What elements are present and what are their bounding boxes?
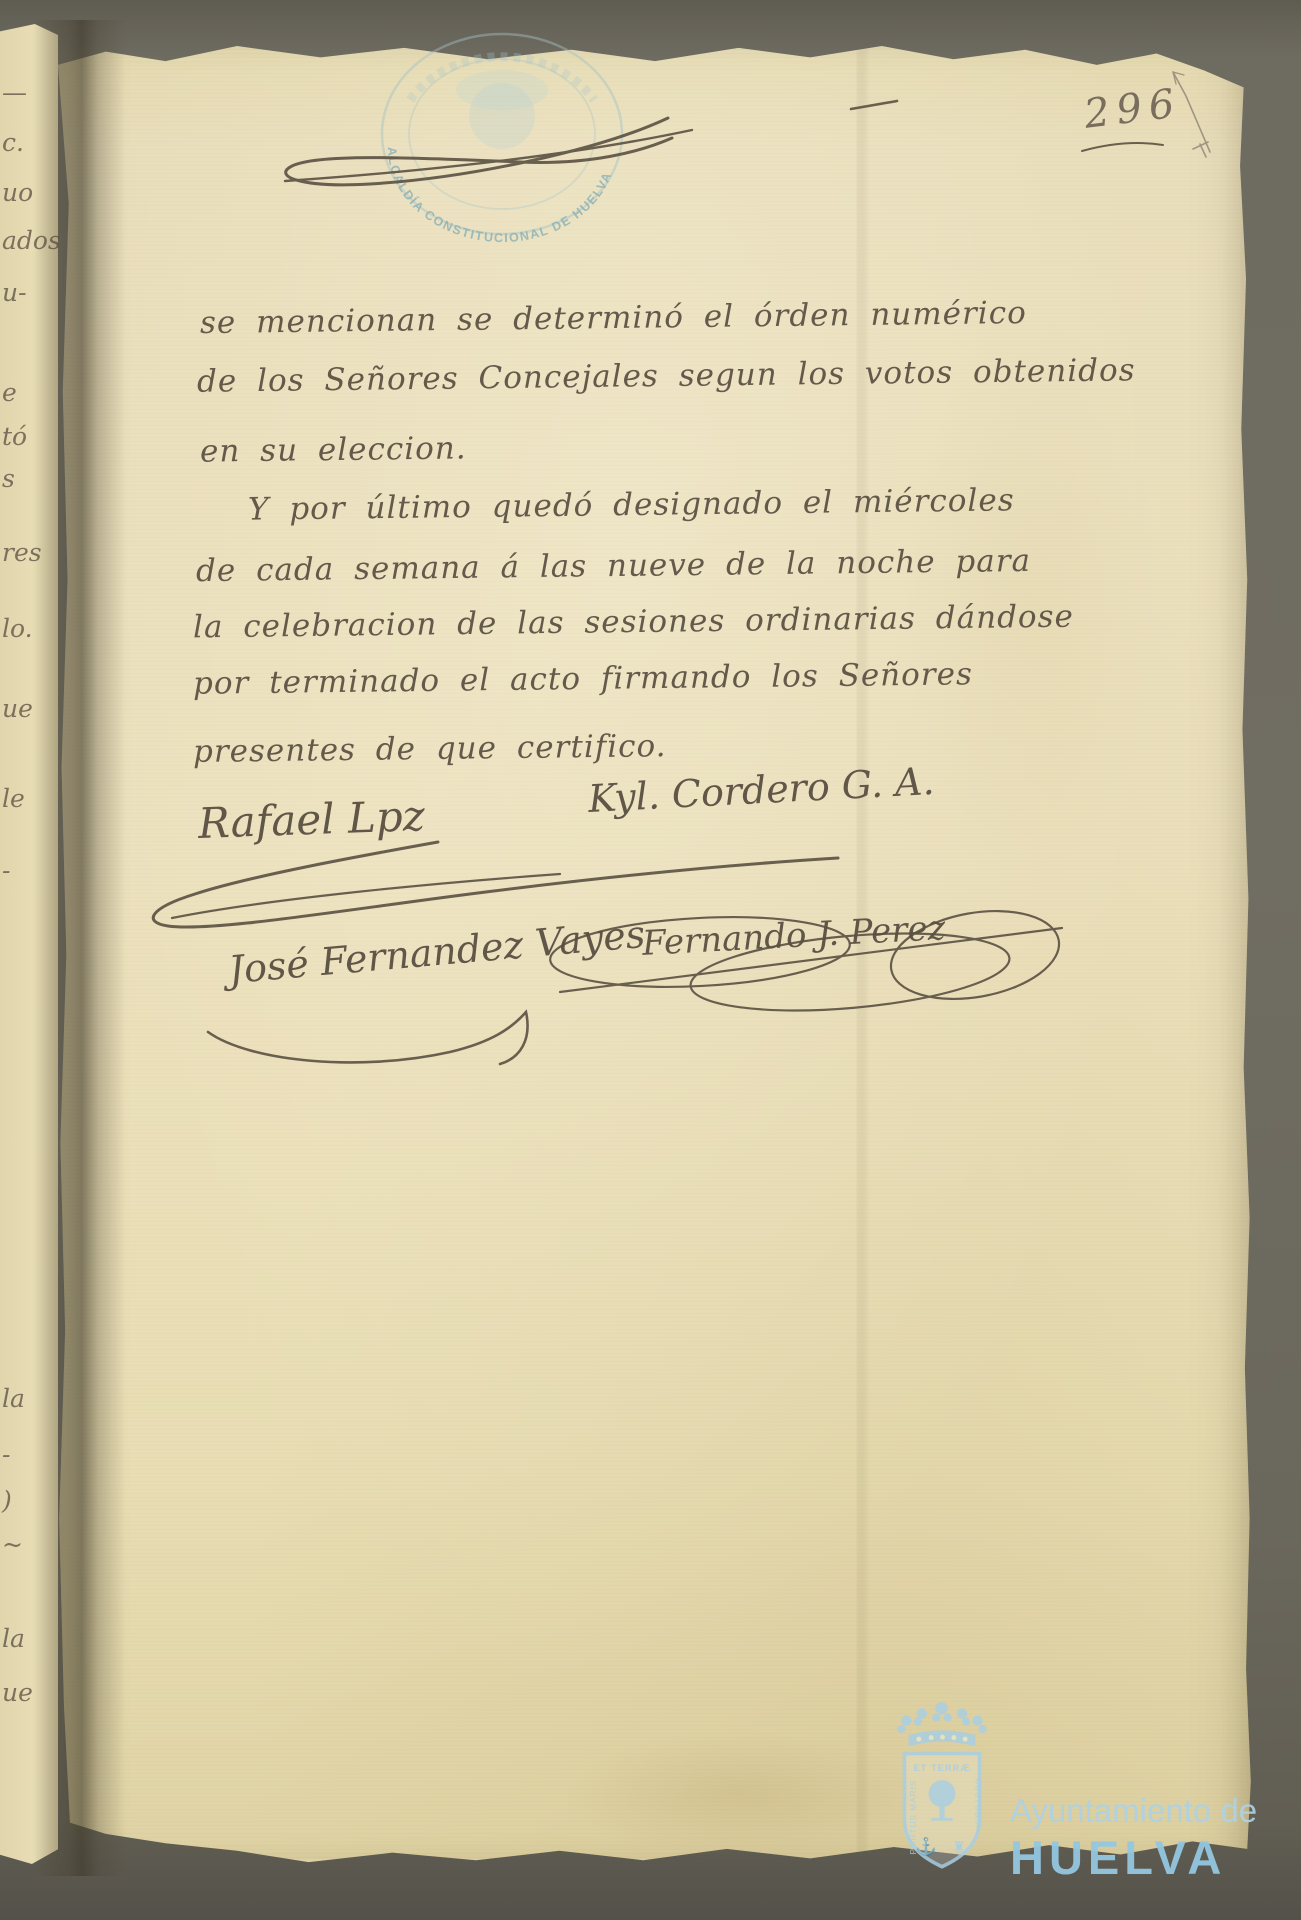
margin-fragment: ue <box>2 1678 33 1707</box>
signature-rafael: Rafael Lpz <box>197 791 425 848</box>
margin-fragment: lo. <box>2 614 33 643</box>
margin-fragment: s <box>2 464 15 493</box>
margin-fragment: ) <box>2 1486 12 1515</box>
margin-fragment: res <box>2 538 42 567</box>
margin-fragment: le <box>2 784 25 813</box>
body-line: en su eleccion. <box>200 430 467 469</box>
margin-fragment: - <box>2 856 10 885</box>
margin-fragment: — <box>2 78 27 107</box>
margin-fragment: la <box>2 1624 25 1653</box>
margin-fragment: ~ <box>2 1530 23 1559</box>
body-line: presentes de que certifico. <box>193 728 667 770</box>
torn-edge-highlight <box>94 1858 1216 1868</box>
margin-fragment: c. <box>2 128 24 157</box>
margin-fragment: tó <box>2 422 27 451</box>
margin-fragment: la <box>2 1384 25 1413</box>
margin-fragment: ue <box>2 694 33 723</box>
margin-fragment: u- <box>2 278 27 307</box>
margin-fragment: e <box>2 378 17 407</box>
scanned-document-view: — c. uo ados u- e tó s res lo. ue le - l… <box>0 0 1301 1920</box>
margin-fragment: - <box>2 1440 10 1469</box>
margin-fragment: uo <box>2 178 33 207</box>
margin-fragment: ados <box>2 226 61 255</box>
